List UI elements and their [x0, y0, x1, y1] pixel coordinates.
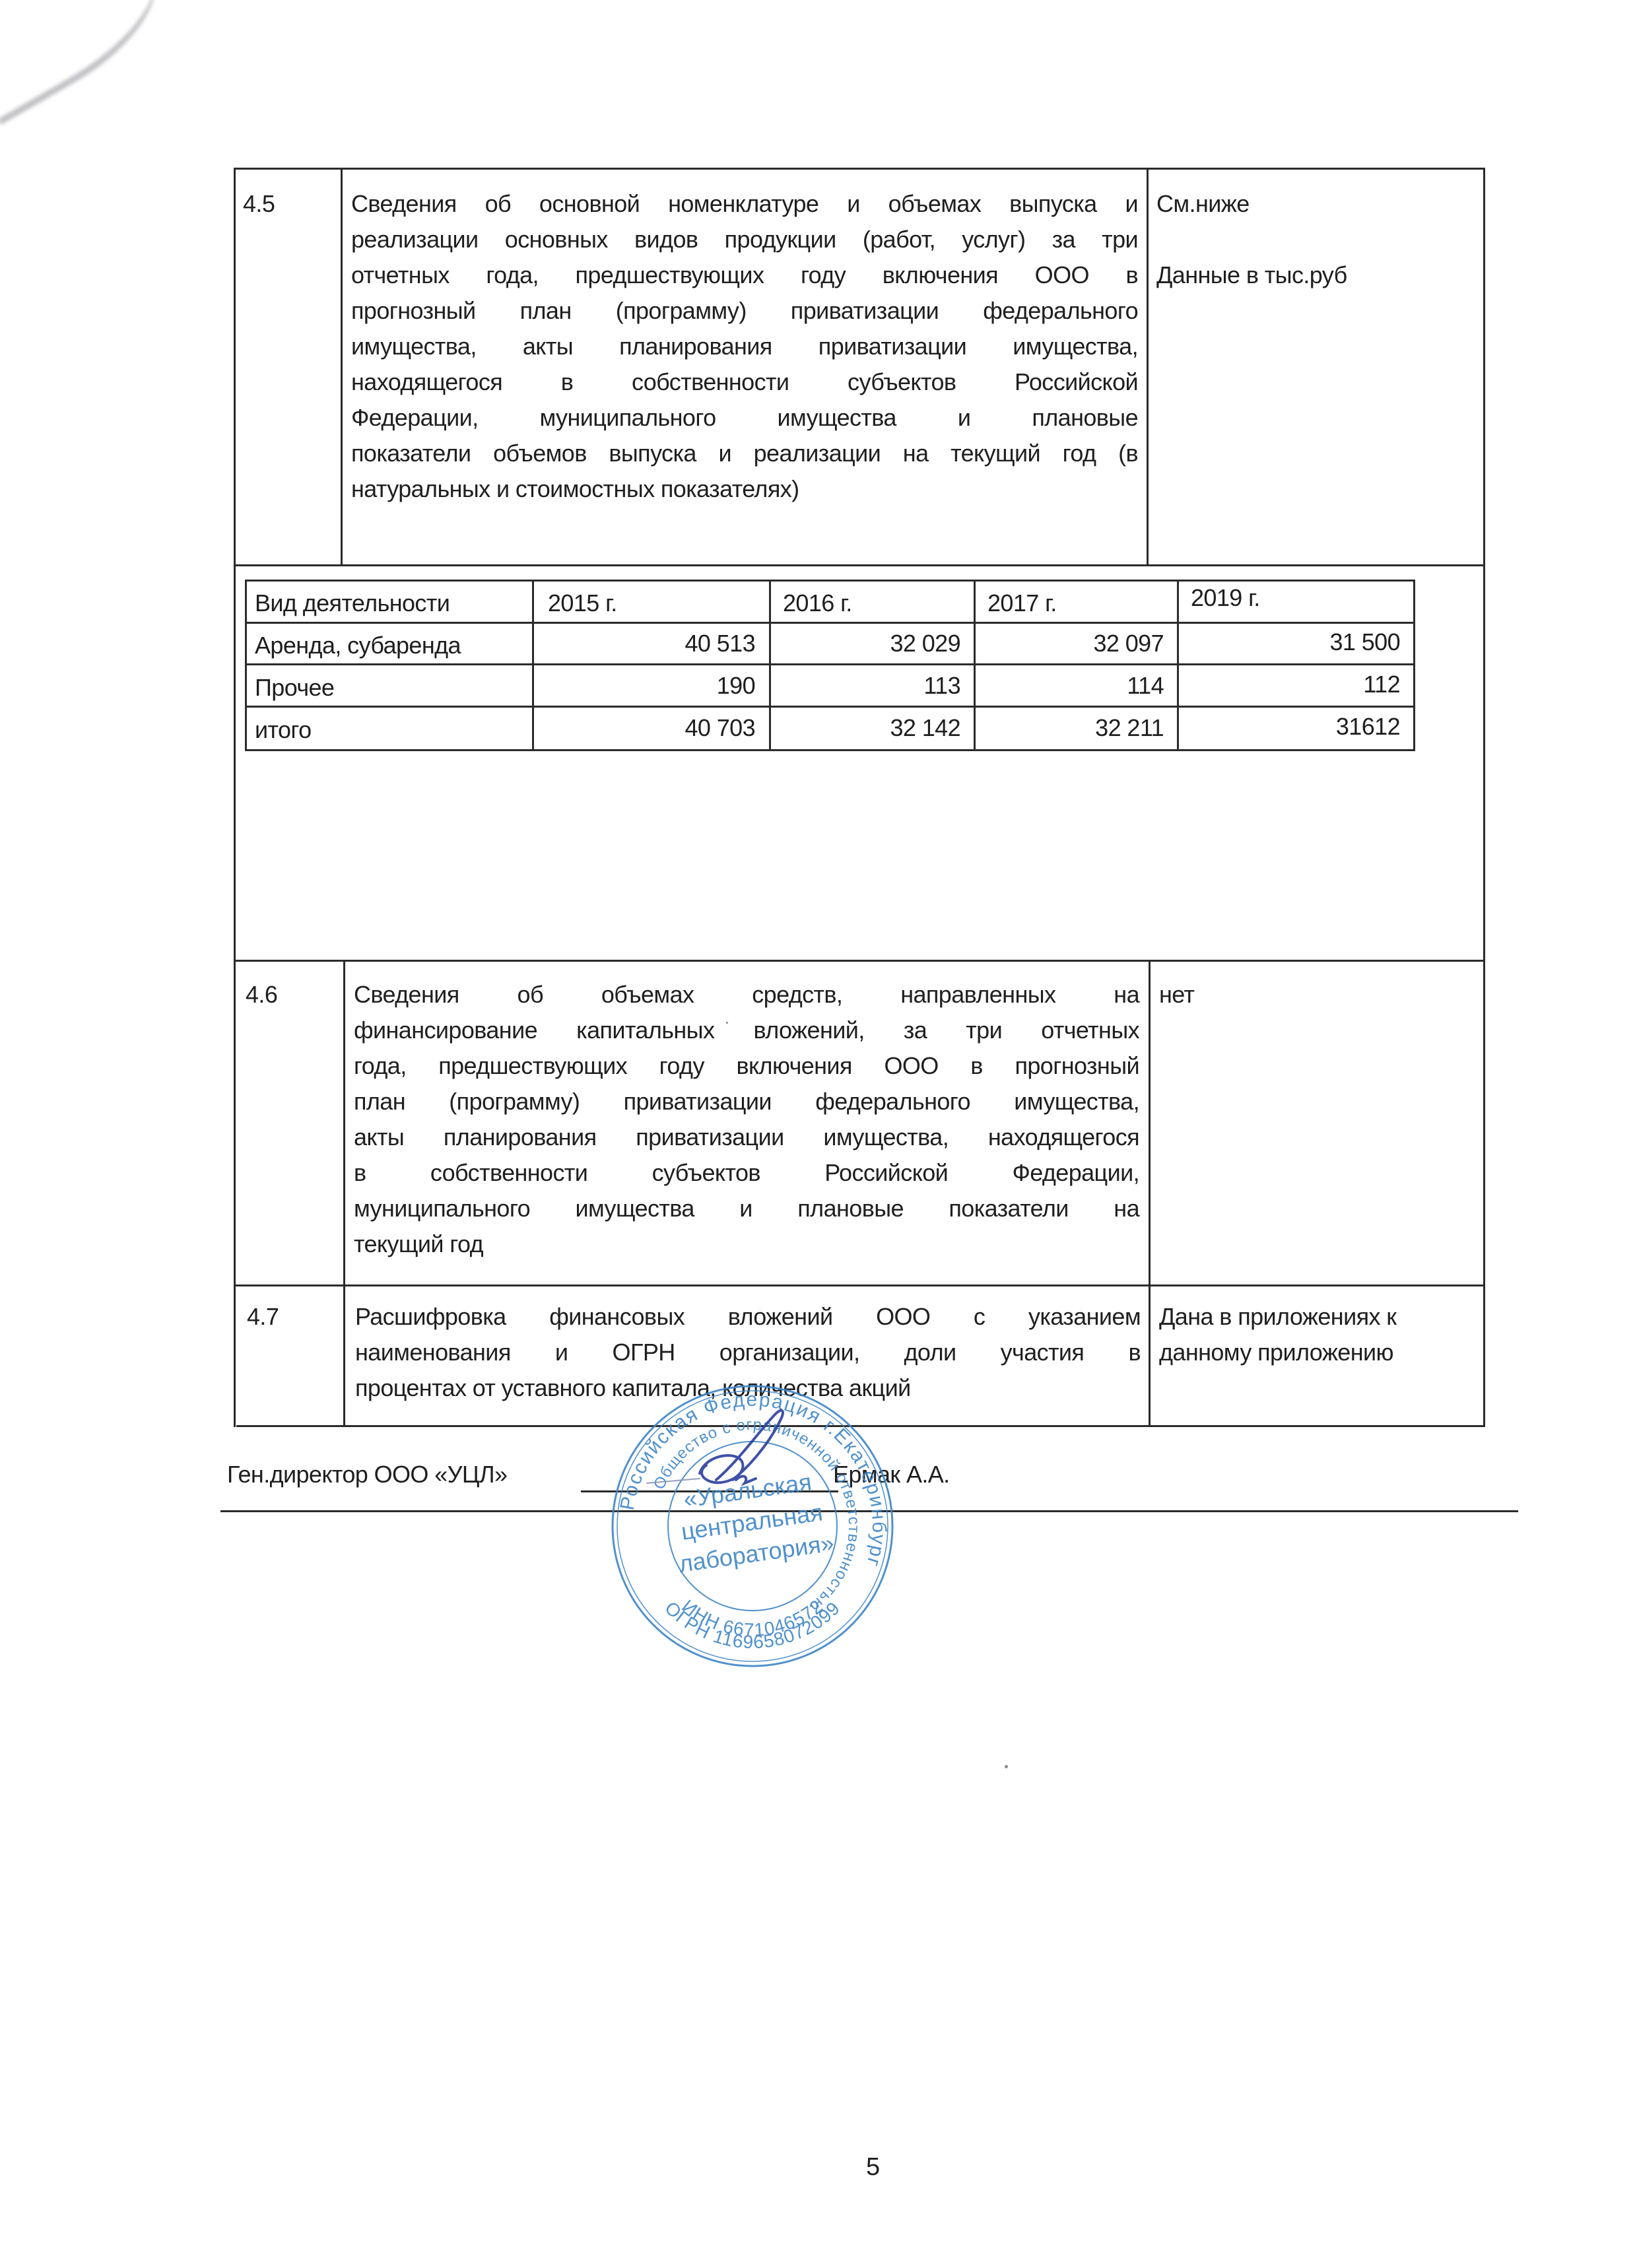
revenue-table-row-divider — [245, 663, 1415, 665]
row-number: 4.7 — [247, 1299, 279, 1335]
revenue-table-border-top — [245, 580, 1415, 582]
page-number: 5 — [866, 2153, 880, 2182]
table-border-top — [234, 168, 1485, 170]
revenue-table-border-left — [245, 580, 247, 751]
table-border-left — [234, 168, 236, 1427]
revenue-table-col-divider — [974, 580, 976, 751]
revenue-row-label: Прочее — [255, 675, 334, 701]
revenue-table-border-right — [1413, 580, 1415, 751]
row-value: нет — [1159, 977, 1194, 1013]
row-divider — [234, 564, 1485, 566]
revenue-header-activity: Вид деятельности — [255, 590, 450, 617]
row-description: Сведения об основной номенклатуре и объе… — [351, 186, 1138, 507]
row-divider — [235, 1284, 1485, 1286]
revenue-table-col-divider — [769, 580, 771, 751]
revenue-row-label: итого — [255, 717, 312, 743]
revenue-cell: 31612 — [1180, 714, 1400, 740]
revenue-cell: 113 — [772, 673, 960, 699]
row-value: См.ниже Данные в тыс.руб — [1156, 186, 1347, 257]
scan-page-curl — [0, 0, 184, 125]
revenue-header-year: 2019 г. — [1191, 585, 1260, 611]
revenue-cell: 31 500 — [1180, 629, 1400, 655]
revenue-cell: 112 — [1180, 671, 1400, 698]
revenue-header-year: 2016 г. — [783, 590, 852, 617]
col-divider — [341, 168, 343, 566]
row-value: Дана в приложениях к данному приложению — [1159, 1299, 1396, 1370]
revenue-table-col-divider — [1177, 580, 1179, 751]
signatory-position: Ген.директор ООО «УЦЛ» — [227, 1460, 507, 1489]
col-divider — [343, 960, 345, 1426]
col-divider — [1147, 168, 1149, 566]
revenue-header-year: 2015 г. — [548, 590, 617, 617]
revenue-row-label: Аренда, субаренда — [255, 632, 461, 659]
row-number: 4.5 — [243, 186, 275, 222]
row-divider — [234, 960, 1485, 962]
revenue-cell: 190 — [535, 673, 755, 699]
revenue-table-col-divider — [532, 580, 534, 751]
revenue-header-year: 2017 г. — [987, 590, 1057, 617]
company-stamp: Российская Федерация г.Екатеринбург Обще… — [607, 1381, 898, 1671]
revenue-cell: 40 703 — [535, 715, 755, 741]
scan-speck — [1005, 1765, 1008, 1768]
revenue-table-row-divider — [245, 622, 1415, 624]
revenue-cell: 32 211 — [976, 715, 1164, 741]
revenue-cell: 32 029 — [772, 630, 960, 657]
revenue-cell: 40 513 — [535, 630, 755, 657]
row-description: Сведения об объемах средств, направленны… — [354, 977, 1139, 1262]
table-border-right — [1483, 168, 1485, 1427]
row-number: 4.6 — [246, 977, 277, 1013]
revenue-cell: 32 097 — [976, 630, 1164, 657]
col-divider — [1149, 960, 1151, 1426]
revenue-table-row-divider — [245, 706, 1415, 708]
revenue-table-border-bottom — [245, 749, 1415, 751]
revenue-cell: 32 142 — [772, 715, 960, 741]
revenue-cell: 114 — [976, 673, 1164, 699]
